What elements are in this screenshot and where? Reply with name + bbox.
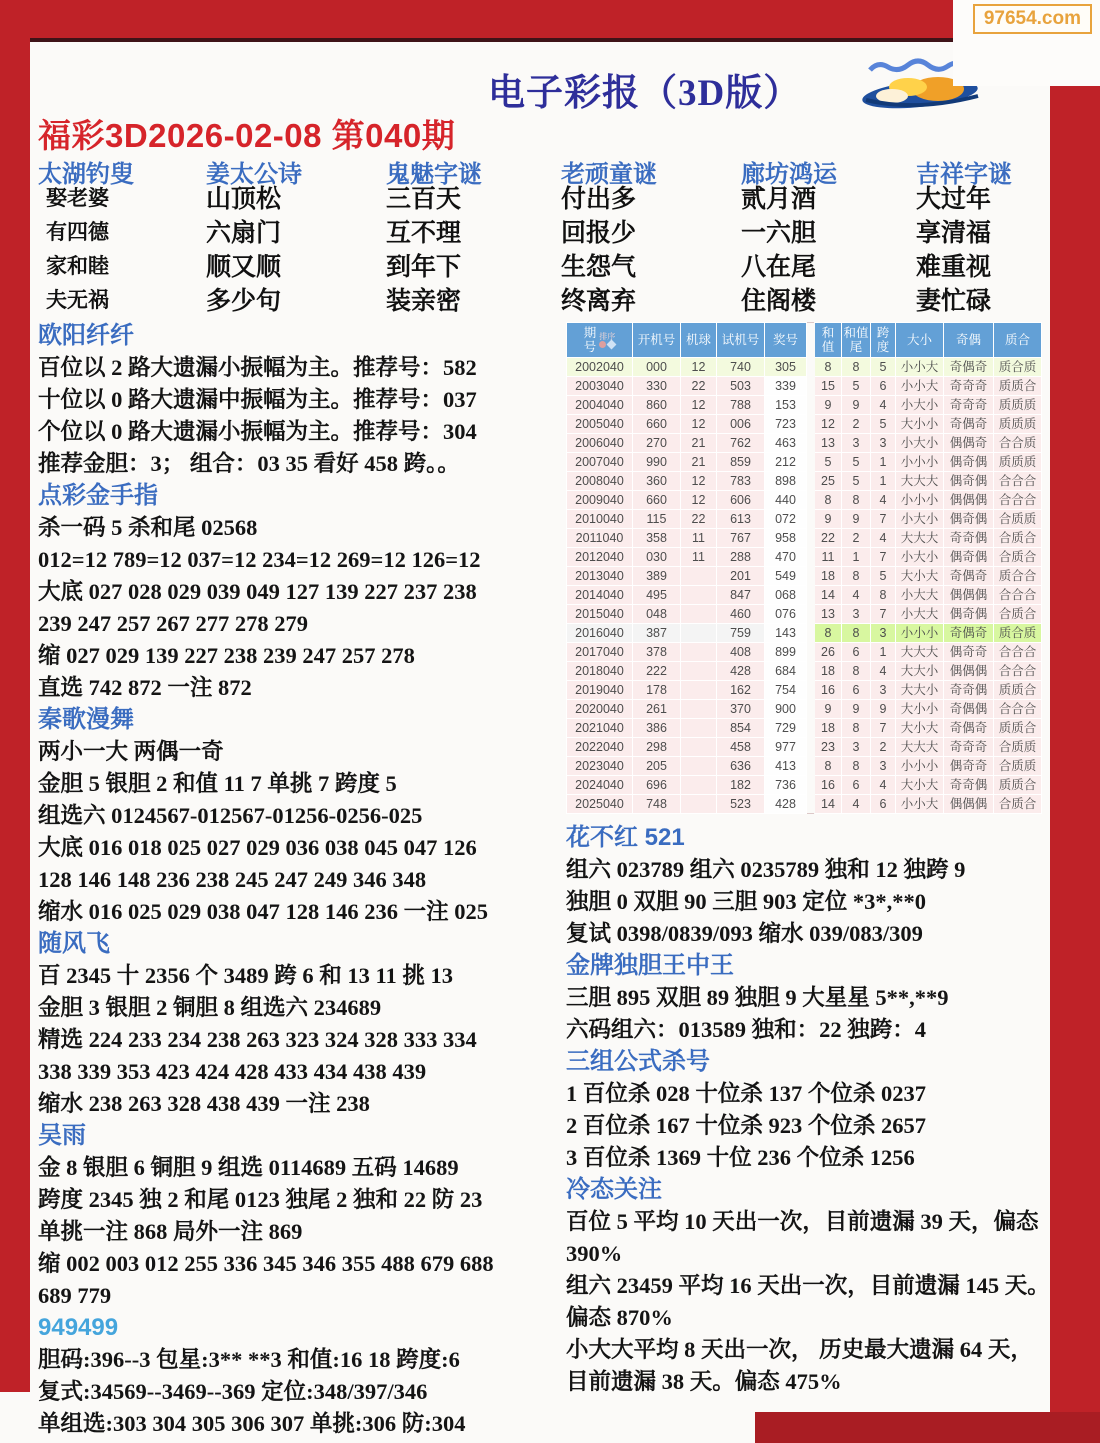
table-row: 2023040205636413883小小小偶奇奇合质质 [567, 757, 1042, 776]
table-cell: 5 [871, 415, 896, 434]
table-cell: 387 [633, 624, 681, 643]
table-cell: 261 [633, 700, 681, 719]
table-cell: 2018040 [567, 662, 633, 681]
table-cell: 合质质 [994, 510, 1042, 529]
table-cell: 9 [815, 700, 842, 719]
table-cell: 14 [815, 586, 842, 605]
bottom-red-block [755, 1412, 1100, 1443]
table-cell: 大大大 [896, 738, 944, 757]
sort-icons [599, 341, 615, 348]
table-cell: 660 [633, 491, 681, 510]
table-cell: 大大大 [896, 529, 944, 548]
table-row: 20240406961827361664大小大奇奇偶质质合 [567, 776, 1042, 795]
table-row: 2012040030112884701117小大小偶奇偶合质合 [567, 548, 1042, 567]
table-cell: 2020040 [567, 700, 633, 719]
site-badge-link[interactable]: 97654.com [973, 4, 1092, 34]
column-gap [807, 510, 815, 529]
table-cell: 000 [633, 358, 681, 377]
prediction-section: 花不红 521组六 023789 组六 0235789 独和 12 独跨 9独胆… [566, 822, 1054, 950]
prediction-section: 金牌独胆王中王三胆 895 双胆 89 独胆 9 大星星 5**,**9六码组六… [566, 950, 1054, 1046]
table-cell: 4 [871, 662, 896, 681]
table-cell: 523 [717, 795, 765, 814]
table-row: 20250407485234281446小小大偶偶偶合质合 [567, 795, 1042, 814]
table-cell: 6 [842, 681, 871, 700]
column-gap [807, 491, 815, 510]
riddle-item: 多少句 [206, 284, 386, 318]
table-cell [681, 567, 717, 586]
table-cell: 783 [717, 472, 765, 491]
table-cell: 006 [717, 415, 765, 434]
table-cell: 6 [842, 643, 871, 662]
prediction-line: 组六 23459 平均 16 天出一次，目前遗漏 145 天。偏态 870% [566, 1270, 1054, 1334]
table-cell: 3 [842, 434, 871, 453]
column-header: 奖号 [765, 323, 807, 358]
prediction-line: 百 2345 十 2356 个 3489 跨 6 和 13 11 挑 13 [38, 960, 560, 992]
table-cell: 小大小 [896, 510, 944, 529]
table-cell: 5 [815, 453, 842, 472]
table-cell: 合合合 [994, 472, 1042, 491]
column-gap [807, 795, 815, 814]
table-row: 20130403892015491885大小大奇偶奇质合合 [567, 567, 1042, 586]
table-cell: 440 [765, 491, 807, 510]
table-cell: 754 [765, 681, 807, 700]
table-cell: 2013040 [567, 567, 633, 586]
riddle-item: 互不理 [386, 216, 561, 250]
prediction-line: 组选六 0124567-012567-01256-0256-025 [38, 800, 560, 832]
table-cell: 854 [717, 719, 765, 738]
section-title: 三组公式杀号 [566, 1046, 1054, 1078]
table-cell: 2 [842, 415, 871, 434]
table-cell: 899 [765, 643, 807, 662]
riddle-item: 难重视 [916, 250, 1046, 284]
table-cell: 4 [842, 586, 871, 605]
table-cell: 奇偶奇 [944, 624, 994, 643]
prediction-line: 独胆 0 双胆 90 三胆 903 定位 *3*,**0 [566, 886, 1054, 918]
table-cell: 合质合 [994, 605, 1042, 624]
table-cell: 18 [815, 567, 842, 586]
sort-label: 排序 [599, 332, 615, 341]
column-gap [807, 605, 815, 624]
table-cell: 质质质 [994, 415, 1042, 434]
table-cell: 143 [765, 624, 807, 643]
prediction-line: 推荐金胆：3； 组合：03 35 看好 458 跨。。 [38, 448, 560, 480]
riddle-title: 廊坊鸿运 [741, 154, 916, 182]
table-row: 2006040270217624631333小大小偶偶奇合合质 [567, 434, 1042, 453]
table-cell: 12 [681, 472, 717, 491]
table-cell: 7 [871, 719, 896, 738]
column-gap [807, 323, 815, 358]
table-cell: 偶奇偶 [944, 510, 994, 529]
table-cell: 合合合 [994, 586, 1042, 605]
riddle-item: 装亲密 [386, 284, 561, 318]
table-row: 2005040660120067231225大小小奇偶奇质质质 [567, 415, 1042, 434]
table-cell: 9 [815, 510, 842, 529]
table-cell: 723 [765, 415, 807, 434]
prediction-section: 冷态关注百位 5 平均 10 天出一次，目前遗漏 39 天，偏态 390%组六 … [566, 1174, 1054, 1398]
table-cell: 2012040 [567, 548, 633, 567]
table-cell: 1 [842, 548, 871, 567]
table-cell: 合质合 [994, 529, 1042, 548]
prediction-line: 大底 027 028 029 039 049 127 139 227 237 2… [38, 576, 560, 608]
riddle-item: 家和睦 [38, 250, 206, 284]
riddle-item: 住阁楼 [741, 284, 916, 318]
table-cell: 小大大 [896, 586, 944, 605]
table-cell: 613 [717, 510, 765, 529]
section-title: 吴雨 [38, 1120, 560, 1152]
riddle-title: 吉祥字谜 [916, 154, 1046, 182]
table-cell: 质质合 [994, 377, 1042, 396]
riddle-column: 姜太公诗山顶松六扇门顺又顺多少句 [206, 154, 386, 318]
table-cell: 115 [633, 510, 681, 529]
table-cell: 495 [633, 586, 681, 605]
table-cell: 合合合 [994, 662, 1042, 681]
table-cell: 13 [815, 434, 842, 453]
issue-headline: 福彩3D2026-02-08 第040期 [38, 110, 455, 157]
table-cell: 3 [871, 434, 896, 453]
table-cell: 990 [633, 453, 681, 472]
table-cell [681, 586, 717, 605]
table-cell: 质质质 [994, 453, 1042, 472]
table-cell: 质合质 [994, 358, 1042, 377]
table-cell: 偶奇偶 [944, 453, 994, 472]
prediction-line: 单挑一注 868 局外一注 869 [38, 1216, 560, 1248]
table-cell: 458 [717, 738, 765, 757]
prediction-line: 338 339 353 423 424 428 433 434 438 439 [38, 1056, 560, 1088]
column-gap [807, 377, 815, 396]
table-cell: 8 [815, 358, 842, 377]
table-cell: 合合合 [994, 643, 1042, 662]
table-cell [681, 795, 717, 814]
table-row: 20210403868547291887大小大奇偶奇质质合 [567, 719, 1042, 738]
table-row: 20150400484600761337小大大偶奇偶合质合 [567, 605, 1042, 624]
table-cell: 6 [871, 795, 896, 814]
riddle-item: 享清福 [916, 216, 1046, 250]
table-cell: 4 [871, 491, 896, 510]
column-header: 和值 [815, 323, 842, 358]
table-cell: 奇奇奇 [944, 738, 994, 757]
table-cell: 5 [842, 472, 871, 491]
table-cell: 305 [765, 358, 807, 377]
table-cell [681, 700, 717, 719]
table-cell: 偶偶偶 [944, 662, 994, 681]
prediction-section: 秦歌漫舞两小一大 两偶一奇金胆 5 银胆 2 和值 11 7 单挑 7 跨度 5… [38, 704, 560, 928]
column-header: 大小 [896, 323, 944, 358]
table-cell: 860 [633, 396, 681, 415]
riddle-title: 姜太公诗 [206, 154, 386, 182]
prediction-line: 复式:34569--3469--369 定位:348/397/346 [38, 1376, 560, 1408]
table-cell: 奇奇偶 [944, 776, 994, 795]
column-header: 质合 [994, 323, 1042, 358]
table-cell: 13 [815, 605, 842, 624]
right-column: 期号排序开机号机球试机号奖号和值和值尾跨度大小奇偶质合2002040000127… [566, 322, 1048, 1398]
table-cell: 大大大 [896, 472, 944, 491]
table-cell: 6 [842, 776, 871, 795]
prediction-line: 百位 5 平均 10 天出一次，目前遗漏 39 天，偏态 390% [566, 1206, 1054, 1270]
table-cell: 12 [681, 491, 717, 510]
prediction-line: 1 百位杀 028 十位杀 137 个位杀 0237 [566, 1078, 1054, 1110]
prediction-line: 金胆 5 银胆 2 和值 11 7 单挑 7 跨度 5 [38, 768, 560, 800]
table-cell: 2021040 [567, 719, 633, 738]
table-cell: 9 [842, 510, 871, 529]
riddle-item: 夫无祸 [38, 284, 206, 318]
table-row: 2020040261370900999大小小奇偶偶合合合 [567, 700, 1042, 719]
prediction-line: 复试 0398/0839/093 缩水 039/083/309 [566, 918, 1054, 950]
table-row: 200704099021859212551小小小偶奇偶质质质 [567, 453, 1042, 472]
prediction-line: 缩 002 003 012 255 336 345 346 355 488 67… [38, 1248, 560, 1280]
table-cell: 21 [681, 453, 717, 472]
table-cell [681, 719, 717, 738]
table-cell: 7 [871, 510, 896, 529]
section-title: 冷态关注 [566, 1174, 1054, 1206]
table-cell: 小大大 [896, 605, 944, 624]
prediction-line: 大底 016 018 025 027 029 036 038 045 047 1… [38, 832, 560, 864]
column-gap [807, 719, 815, 738]
table-cell: 5 [842, 453, 871, 472]
table-row: 200904066012606440884小小小偶偶偶合合合 [567, 491, 1042, 510]
table-cell: 460 [717, 605, 765, 624]
table-cell: 小小小 [896, 624, 944, 643]
table-cell: 389 [633, 567, 681, 586]
table-cell [681, 738, 717, 757]
prediction-line: 缩水 238 263 328 438 439 一注 238 [38, 1088, 560, 1120]
table-cell: 大小大 [896, 776, 944, 795]
column-header: 跨度 [871, 323, 896, 358]
prediction-line: 个位以 0 路大遗漏小振幅为主。推荐号：304 [38, 416, 560, 448]
column-gap [807, 453, 815, 472]
table-cell: 729 [765, 719, 807, 738]
table-cell: 偶奇偶 [944, 548, 994, 567]
riddle-item: 到年下 [386, 250, 561, 284]
section-title: 949499 [38, 1312, 560, 1344]
table-cell: 2010040 [567, 510, 633, 529]
section-title: 花不红 521 [566, 822, 1054, 854]
table-cell: 3 [842, 738, 871, 757]
table-cell: 8 [842, 719, 871, 738]
masthead-title: 电子彩报（3D版） [488, 62, 801, 116]
table-cell: 222 [633, 662, 681, 681]
table-cell: 736 [765, 776, 807, 795]
table-cell: 11 [681, 529, 717, 548]
table-cell: 5 [871, 358, 896, 377]
prediction-line: 689 779 [38, 1280, 560, 1312]
table-cell: 684 [765, 662, 807, 681]
riddle-title: 老顽童谜 [561, 154, 741, 182]
table-cell: 奇偶奇 [944, 415, 994, 434]
riddle-item: 终离弃 [561, 284, 741, 318]
table-cell [681, 757, 717, 776]
prediction-line: 小大大平均 8 天出一次， 历史最大遗漏 64 天，目前遗漏 38 天。偏态 4… [566, 1334, 1054, 1398]
column-gap [807, 548, 815, 567]
table-cell: 2005040 [567, 415, 633, 434]
table-cell: 2003040 [567, 377, 633, 396]
table-cell: 958 [765, 529, 807, 548]
table-cell: 386 [633, 719, 681, 738]
table-cell: 偶奇奇 [944, 757, 994, 776]
prediction-line: 两小一大 两偶一奇 [38, 736, 560, 768]
table-cell: 8 [815, 491, 842, 510]
table-cell: 2016040 [567, 624, 633, 643]
table-cell: 748 [633, 795, 681, 814]
table-cell: 428 [717, 662, 765, 681]
table-cell: 660 [633, 415, 681, 434]
column-header: 奇偶 [944, 323, 994, 358]
table-cell: 339 [765, 377, 807, 396]
table-cell: 1 [871, 643, 896, 662]
prediction-line: 精选 224 233 234 238 263 323 324 328 333 3… [38, 1024, 560, 1056]
table-cell: 小小小 [896, 757, 944, 776]
prediction-line: 十位以 0 路大遗漏中振幅为主。推荐号：037 [38, 384, 560, 416]
table-cell [681, 605, 717, 624]
table-cell: 408 [717, 643, 765, 662]
table-cell: 2024040 [567, 776, 633, 795]
table-cell: 030 [633, 548, 681, 567]
sort-diamond-icon [607, 340, 617, 350]
table-cell: 7 [871, 605, 896, 624]
prediction-section: 三组公式杀号1 百位杀 028 十位杀 137 个位杀 02372 百位杀 16… [566, 1046, 1054, 1174]
table-row: 20140404958470681448小大大偶偶偶合合合 [567, 586, 1042, 605]
table-cell: 16 [815, 681, 842, 700]
table-cell: 23 [815, 738, 842, 757]
table-cell: 18 [815, 662, 842, 681]
column-gap [807, 624, 815, 643]
table-cell: 12 [815, 415, 842, 434]
riddle-item: 六扇门 [206, 216, 386, 250]
draw-history-table: 期号排序开机号机球试机号奖号和值和值尾跨度大小奇偶质合2002040000127… [566, 322, 1042, 814]
column-header: 开机号 [633, 323, 681, 358]
column-gap [807, 757, 815, 776]
table-cell: 4 [871, 529, 896, 548]
sort-control[interactable]: 排序 [599, 332, 615, 348]
table-cell: 偶偶偶 [944, 795, 994, 814]
table-cell: 378 [633, 643, 681, 662]
table-cell: 2002040 [567, 358, 633, 377]
riddle-item: 生怨气 [561, 250, 741, 284]
table-cell: 22 [815, 529, 842, 548]
column-gap [807, 415, 815, 434]
table-cell: 606 [717, 491, 765, 510]
table-header-row: 期号排序开机号机球试机号奖号和值和值尾跨度大小奇偶质合 [567, 323, 1042, 358]
column-gap [807, 472, 815, 491]
section-title: 随风飞 [38, 928, 560, 960]
top-right-corner: 97654.com [953, 0, 1100, 86]
table-cell: 740 [717, 358, 765, 377]
right-sections: 花不红 521组六 023789 组六 0235789 独和 12 独跨 9独胆… [566, 822, 1054, 1398]
table-cell: 358 [633, 529, 681, 548]
table-cell: 4 [871, 396, 896, 415]
prediction-section: 点彩金手指杀一码 5 杀和尾 02568012=12 789=12 037=12… [38, 480, 560, 704]
table-cell: 428 [765, 795, 807, 814]
table-cell: 8 [815, 624, 842, 643]
table-cell: 合合质 [994, 434, 1042, 453]
prediction-line: 单组选:303 304 305 306 307 单挑:306 防:304 [38, 1408, 560, 1440]
table-cell: 178 [633, 681, 681, 700]
column-header: 期号排序 [567, 323, 633, 358]
table-cell: 696 [633, 776, 681, 795]
table-cell: 21 [681, 434, 717, 453]
page: 97654.com 电子彩报（3D版） 福彩3D2026-02-08 第040期… [0, 0, 1100, 1443]
table-cell: 22 [681, 377, 717, 396]
table-cell: 2006040 [567, 434, 633, 453]
prediction-line: 组六 023789 组六 0235789 独和 12 独跨 9 [566, 854, 1054, 886]
table-row: 2003040330225033391556小小大奇奇奇质质合 [567, 377, 1042, 396]
table-cell: 偶奇奇 [944, 643, 994, 662]
table-cell: 26 [815, 643, 842, 662]
table-cell: 合质合 [994, 548, 1042, 567]
table-cell: 质质合 [994, 719, 1042, 738]
table-cell: 413 [765, 757, 807, 776]
column-gap [807, 529, 815, 548]
table-cell [681, 643, 717, 662]
table-cell: 小小大 [896, 358, 944, 377]
table-cell: 2014040 [567, 586, 633, 605]
table-cell: 质质合 [994, 681, 1042, 700]
table-row: 200204000012740305885小小大奇偶奇质合质 [567, 358, 1042, 377]
table-cell: 奇奇偶 [944, 529, 994, 548]
riddle-title: 太湖钓叟 [38, 154, 206, 182]
table-cell: 奇偶奇 [944, 358, 994, 377]
table-cell: 8 [842, 624, 871, 643]
column-gap [807, 396, 815, 415]
two-column-region: 欧阳纤纤百位以 2 路大遗漏小振幅为主。推荐号：582十位以 0 路大遗漏中振幅… [38, 320, 1048, 1443]
table-cell: 270 [633, 434, 681, 453]
section-title: 金牌独胆王中王 [566, 950, 1054, 982]
riddle-item: 大过年 [916, 182, 1046, 216]
table-cell: 847 [717, 586, 765, 605]
riddle-item: 有四德 [38, 216, 206, 250]
column-gap [807, 434, 815, 453]
table-cell: 4 [842, 795, 871, 814]
table-cell: 大大小 [896, 662, 944, 681]
table-cell: 503 [717, 377, 765, 396]
table-cell: 360 [633, 472, 681, 491]
table-cell: 549 [765, 567, 807, 586]
table-cell: 048 [633, 605, 681, 624]
column-header: 试机号 [717, 323, 765, 358]
table-cell: 8 [815, 757, 842, 776]
section-title: 欧阳纤纤 [38, 320, 560, 352]
table-cell: 合质质 [994, 738, 1042, 757]
table-row: 20180402224286841884大大小偶偶偶合合合 [567, 662, 1042, 681]
table-cell: 大小大 [896, 719, 944, 738]
table-cell: 奇奇偶 [944, 681, 994, 700]
table-cell: 12 [681, 358, 717, 377]
table-cell: 14 [815, 795, 842, 814]
table-row: 20190401781627541663大大小奇奇偶质质合 [567, 681, 1042, 700]
table-row: 2011040358117679582224大大大奇奇偶合质合 [567, 529, 1042, 548]
table-cell: 质合质 [994, 624, 1042, 643]
left-column: 欧阳纤纤百位以 2 路大遗漏小振幅为主。推荐号：582十位以 0 路大遗漏中振幅… [38, 320, 560, 1440]
table-cell: 8 [842, 662, 871, 681]
table-cell: 小大小 [896, 434, 944, 453]
period-header: 期号排序 [568, 326, 631, 354]
table-cell: 2008040 [567, 472, 633, 491]
prediction-line: 2 百位杀 167 十位杀 923 个位杀 2657 [566, 1110, 1054, 1142]
table-cell: 偶偶奇 [944, 434, 994, 453]
riddle-column: 吉祥字谜大过年享清福难重视妻忙碌 [916, 154, 1046, 318]
table-cell: 2017040 [567, 643, 633, 662]
riddle-item: 一六胆 [741, 216, 916, 250]
table-cell: 大小大 [896, 567, 944, 586]
riddle-grid: 太湖钓叟娶老婆有四德家和睦夫无祸姜太公诗山顶松六扇门顺又顺多少句鬼魅字谜三百天互… [38, 154, 1046, 318]
table-cell: 小小大 [896, 377, 944, 396]
prediction-line: 缩 027 029 139 227 238 239 247 257 278 [38, 640, 560, 672]
table-cell: 2 [842, 529, 871, 548]
table-cell: 162 [717, 681, 765, 700]
table-cell: 153 [765, 396, 807, 415]
table-cell: 3 [871, 681, 896, 700]
prediction-line: 胆码:396--3 包星:3** **3 和值:16 18 跨度:6 [38, 1344, 560, 1376]
table-row: 20220402984589772332大大大奇奇奇合质质 [567, 738, 1042, 757]
